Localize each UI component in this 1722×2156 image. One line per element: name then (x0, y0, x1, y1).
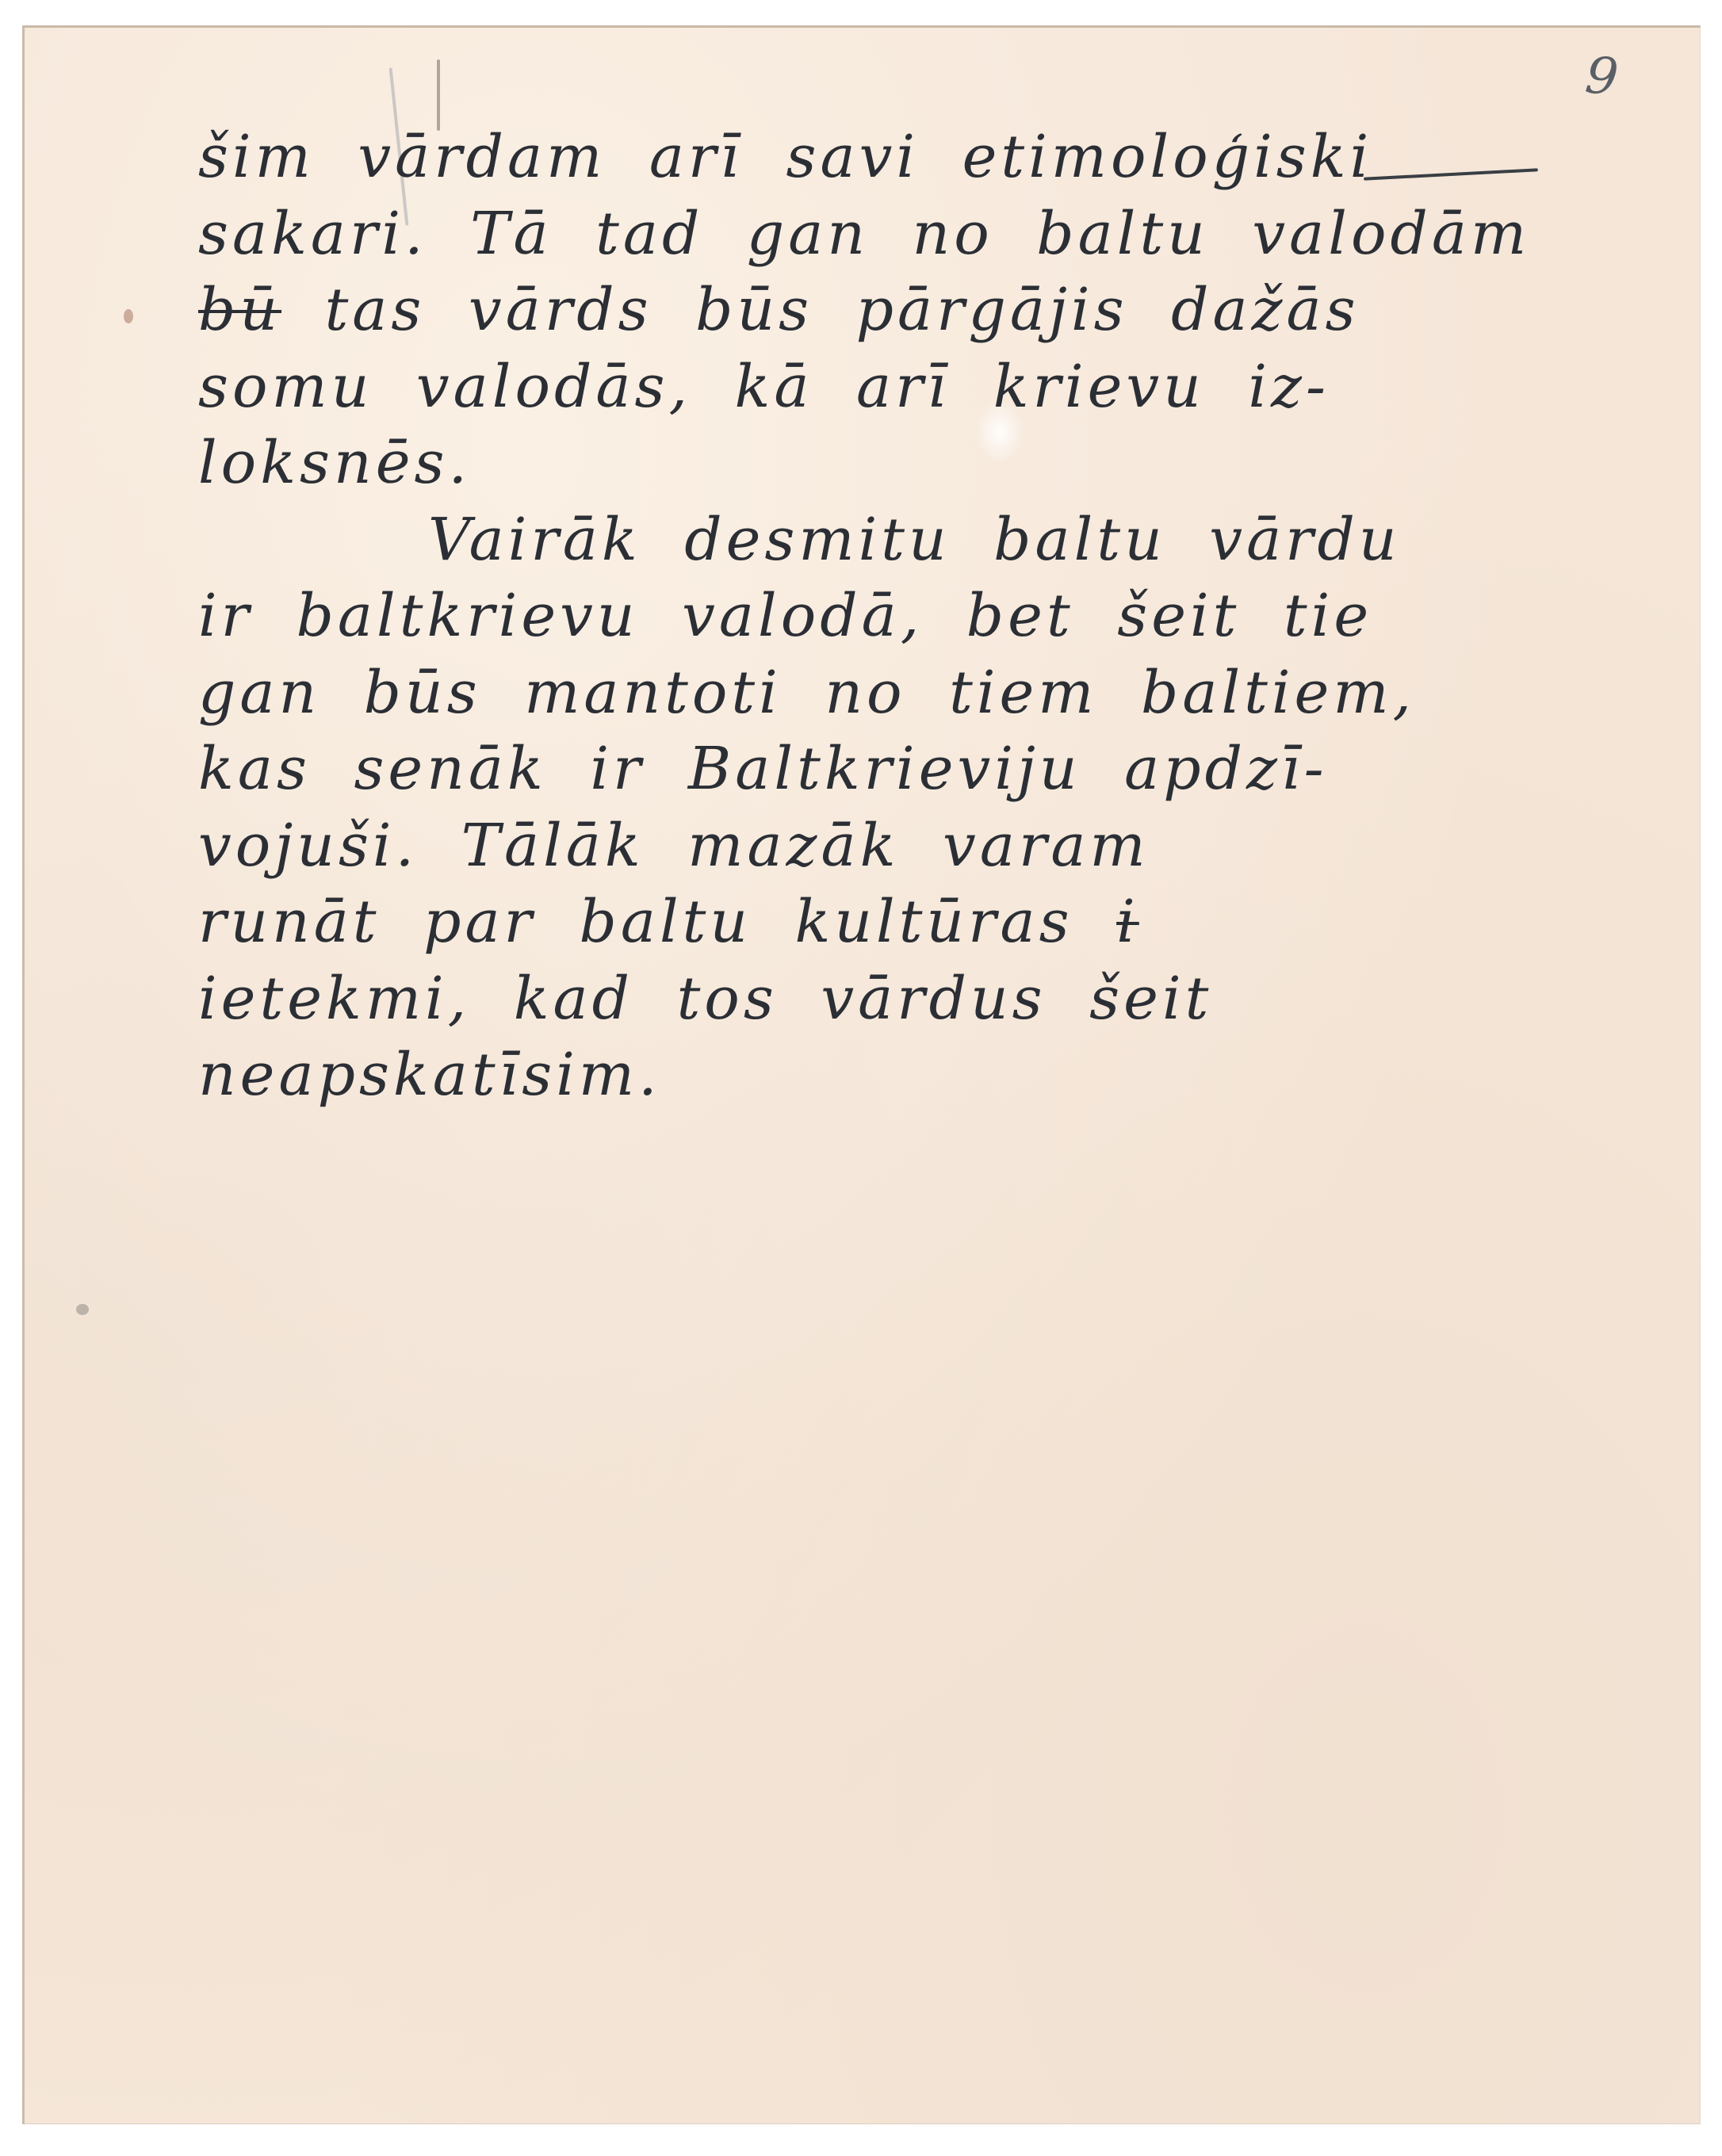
text-line: ir baltkrievu valodā, bet šeit tie (198, 578, 1649, 655)
line-text: neapskatīsim. (198, 1041, 661, 1109)
line-text: somu valodās, kā arī krievu iz- (198, 353, 1330, 421)
text-line: šim vārdam arī savi etimoloģiski (198, 119, 1649, 196)
text-line: loksnēs. (198, 425, 1649, 502)
line-text: ietekmi, kad tos vārdus šeit (198, 965, 1212, 1033)
text-line: somu valodās, kā arī krievu iz- (198, 349, 1649, 426)
text-line: ietekmi, kad tos vārdus šeit (198, 961, 1649, 1038)
stain-mark (124, 309, 133, 323)
text-line: bū tas vārds būs pārgājis dažās (198, 272, 1649, 349)
stain-mark (76, 1304, 89, 1315)
line-text: kas senāk ir Baltkrieviju apdzī- (198, 735, 1328, 803)
struck-text: bū (198, 276, 281, 344)
line-text: runāt par baltu kultūras (198, 888, 1073, 956)
line-text: šim vārdam arī savi etimoloģiski (198, 123, 1372, 191)
text-line: vojuši. Tālāk mazāk varam (198, 808, 1649, 885)
struck-text: i (1116, 888, 1139, 956)
line-text: tas vārds būs pārgājis dažās (325, 276, 1360, 344)
line-text: ir baltkrievu valodā, bet šeit tie (198, 582, 1372, 650)
text-line: runāt par baltu kultūras i (198, 884, 1649, 961)
line-text: vojuši. Tālāk mazāk varam (198, 812, 1150, 880)
text-line: kas senāk ir Baltkrieviju apdzī- (198, 731, 1649, 808)
line-text: gan būs mantoti no tiem baltiem, (198, 659, 1415, 727)
line-text: loksnēs. (198, 429, 471, 497)
text-line-paragraph-start: Vairāk desmitu baltu vārdu (198, 502, 1649, 579)
text-line: sakari. Tā tad gan no baltu valodām (198, 196, 1649, 273)
page-number: 9 (1582, 46, 1621, 108)
line-text: sakari. Tā tad gan no baltu valodām (198, 200, 1530, 268)
text-line: gan būs mantoti no tiem baltiem, (198, 655, 1649, 732)
handwritten-text-body: šim vārdam arī savi etimoloģiski sakari.… (198, 119, 1649, 1114)
text-line: neapskatīsim. (198, 1037, 1649, 1114)
line-text: Vairāk desmitu baltu vārdu (428, 506, 1401, 574)
